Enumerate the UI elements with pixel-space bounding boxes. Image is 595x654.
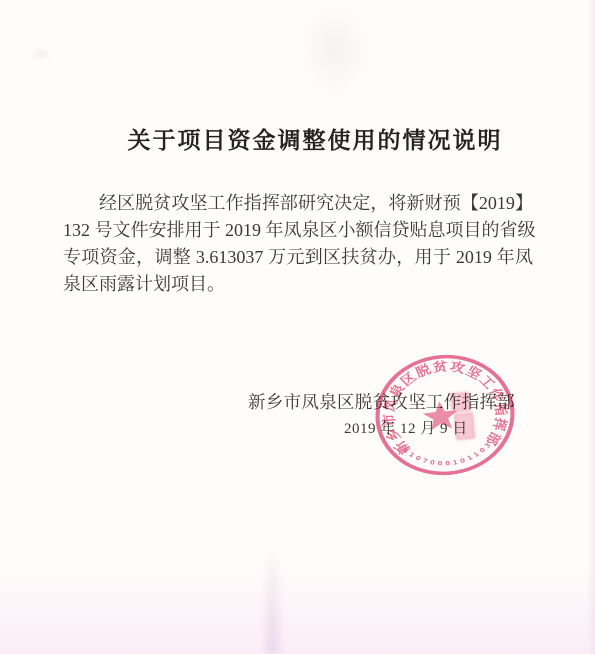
official-seal: 新乡市凤泉区脱贫攻坚工作指挥部 4107000101103 (367, 346, 523, 484)
signature-line: 新乡市凤泉区脱贫攻坚工作指挥部 (248, 389, 515, 414)
body-line: 经区脱贫攻坚工作指挥部研究决定，将新财预【2019】 (63, 190, 533, 217)
document-body: 经区脱贫攻坚工作指挥部研究决定，将新财预【2019】 132 号文件安排用于 2… (63, 190, 533, 298)
scan-smudge (30, 48, 52, 60)
body-line: 132 号文件安排用于 2019 年凤泉区小额信贷贴息项目的省级 (63, 217, 533, 244)
body-line: 泉区雨露计划项目。 (63, 271, 533, 298)
date-line: 2019 年 12 月 9 日 (344, 417, 468, 438)
scan-streak (266, 552, 279, 654)
document-title: 关于项目资金调整使用的情况说明 (35, 122, 595, 155)
body-line: 专项资金，调整 3.613037 万元到区扶贫办，用于 2019 年凤 (63, 244, 533, 271)
scanned-document-page: 关于项目资金调整使用的情况说明 经区脱贫攻坚工作指挥部研究决定，将新财预【201… (0, 0, 595, 654)
seal-ring (373, 351, 518, 479)
page-edge-shadow (587, 0, 595, 654)
scan-smudge (298, 0, 372, 100)
seal-code: 4107000101103 (401, 439, 497, 471)
seal-graphic: 新乡市凤泉区脱贫攻坚工作指挥部 4107000101103 (367, 346, 523, 484)
svg-text:4107000101103: 4107000101103 (401, 439, 497, 471)
scan-bottom-tint (0, 562, 595, 654)
